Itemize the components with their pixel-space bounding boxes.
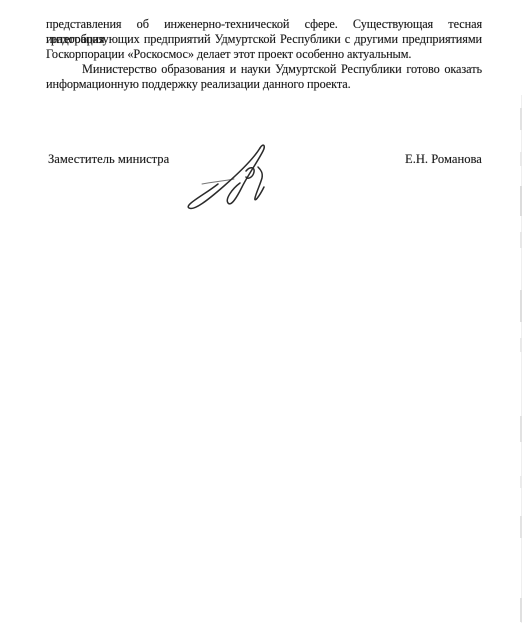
scan-edge-dash <box>520 152 522 166</box>
body-line-3: Госкорпорации «Роскосмос» делает этот пр… <box>46 47 482 62</box>
letter-page: представления об инженерно-технической с… <box>0 0 528 625</box>
scan-edge-dash <box>520 516 522 538</box>
body-line-1: представления об инженерно-технической с… <box>46 17 482 32</box>
body-line-4: Министерство образования и науки Удмуртс… <box>46 62 482 77</box>
letter-body: представления об инженерно-технической с… <box>46 17 482 92</box>
scan-edge-dash <box>520 338 522 352</box>
signer-title: Заместитель министра <box>48 151 169 167</box>
scan-edge-dash <box>520 290 522 322</box>
scan-edge-line <box>521 95 522 623</box>
signer-name: Е.Н. Романова <box>405 151 482 167</box>
handwritten-signature-icon <box>176 137 294 215</box>
scan-edge-dash <box>520 476 522 488</box>
scan-edge-dash <box>520 598 522 622</box>
scan-edge-dash <box>520 186 522 216</box>
body-line-5: информационную поддержку реализации данн… <box>46 77 482 92</box>
scan-edge-dash <box>520 416 522 442</box>
body-line-2: градообразующих предприятий Удмуртской Р… <box>46 32 482 47</box>
scan-edge-dash <box>520 108 522 130</box>
scan-edge-dash <box>520 232 522 248</box>
